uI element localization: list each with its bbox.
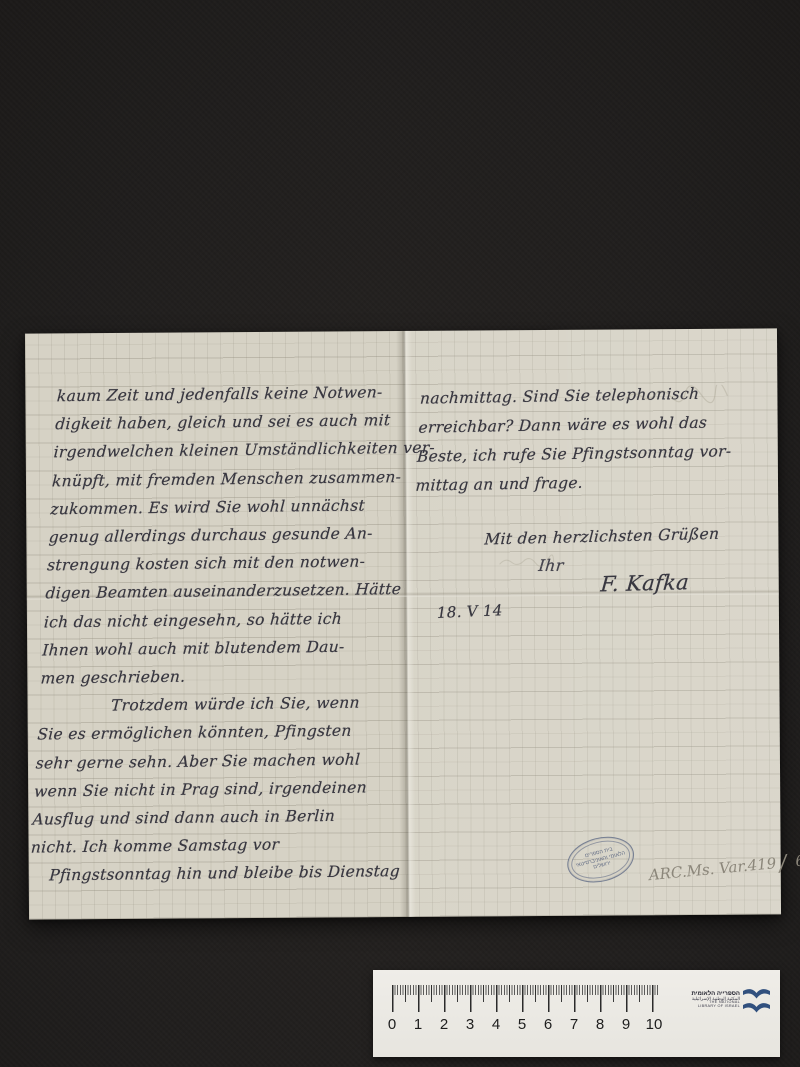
- open-book-icon: [743, 988, 770, 999]
- handwriting-line: ich das nicht eingesehn, so hätte ich: [43, 604, 403, 637]
- pencil-smudge: [621, 385, 731, 408]
- ruler-number: 7: [570, 1016, 578, 1033]
- handwriting-line: digkeit haben, gleich und sei es auch mi…: [54, 406, 414, 439]
- handwriting-line: men geschrieben.: [40, 660, 400, 693]
- handwriting-line: sehr gerne sehn. Aber Sie machen wohl: [35, 745, 395, 778]
- national-library-logo: הספרייה הלאומית المكتبة الوطنية الإسرائي…: [684, 983, 776, 1017]
- logo-glyph-column: [743, 988, 770, 1013]
- ruler-number: 6: [544, 1016, 552, 1033]
- logo-text-block: הספרייה הלאומית المكتبة الوطنية الإسرائي…: [684, 991, 740, 1009]
- letter-paper: kaum Zeit und jedenfalls keine Notwen- d…: [25, 328, 781, 919]
- letter-date: 18. V 14: [437, 601, 503, 622]
- handwriting-line: nicht. Ich komme Samstag vor: [30, 829, 390, 862]
- pencil-smudge: [497, 554, 557, 570]
- shelfmark-item-number: 6: [789, 851, 800, 870]
- handwriting-line: Beste, ich rufe Sie Pfingstsonntag vor-: [416, 437, 762, 472]
- open-book-icon: [743, 1002, 770, 1013]
- handwriting-line: Ausflug und sind dann auch in Berlin: [32, 801, 392, 834]
- handwriting-line: mittag an und frage.: [415, 466, 761, 501]
- handwriting-line: Pfingstsonntag hin und bleibe bis Dienst…: [28, 858, 388, 891]
- ruler-number: 2: [440, 1016, 448, 1033]
- ruler-number-row: 0 1 2 3 4 5 6 7 8 9 10: [373, 1016, 780, 1038]
- left-page-text: kaum Zeit und jedenfalls keine Notwen- d…: [28, 378, 415, 890]
- ruler-tick-scale: [392, 985, 660, 1012]
- measurement-ruler: 0 1 2 3 4 5 6 7 8 9 10 הספרייה הלאומית ا…: [373, 970, 780, 1057]
- handwriting-line: knüpft, mit fremden Menschen zusammen-: [51, 463, 411, 496]
- handwriting-line: wenn Sie nicht in Prag sind, irgendeinen: [33, 773, 393, 806]
- handwriting-line: irgendwelchen kleinen Umständlichkeiten …: [53, 434, 413, 467]
- ruler-number: 8: [596, 1016, 604, 1033]
- logo-english-text: LIBRARY OF ISRAEL: [684, 1005, 740, 1009]
- handwriting-line: strengung kosten sich mit den notwen-: [46, 547, 406, 580]
- handwriting-line: zukommen. Es wird Sie wohl unnächst: [50, 491, 410, 524]
- ruler-number: 5: [518, 1016, 526, 1033]
- ruler-number: 10: [646, 1016, 663, 1033]
- ruler-number: 0: [388, 1016, 396, 1033]
- kafka-signature: F. Kafka: [600, 570, 690, 596]
- handwriting-line: Sie es ermöglichen könnten, Pfingsten: [37, 717, 397, 750]
- handwriting-line: Ihnen wohl auch mit blutendem Dau-: [41, 632, 401, 665]
- ruler-number: 9: [622, 1016, 630, 1033]
- handwriting-line: kaum Zeit und jedenfalls keine Notwen-: [56, 378, 416, 411]
- ruler-number: 4: [492, 1016, 500, 1033]
- handwriting-line: digen Beamten auseinanderzusetzen. Hätte: [45, 575, 405, 608]
- handwriting-line: Trotzdem würde ich Sie, wenn: [38, 688, 398, 721]
- handwriting-line: genug allerdings durchaus gesunde An-: [48, 519, 408, 552]
- ruler-number: 3: [466, 1016, 474, 1033]
- ruler-number: 1: [414, 1016, 422, 1033]
